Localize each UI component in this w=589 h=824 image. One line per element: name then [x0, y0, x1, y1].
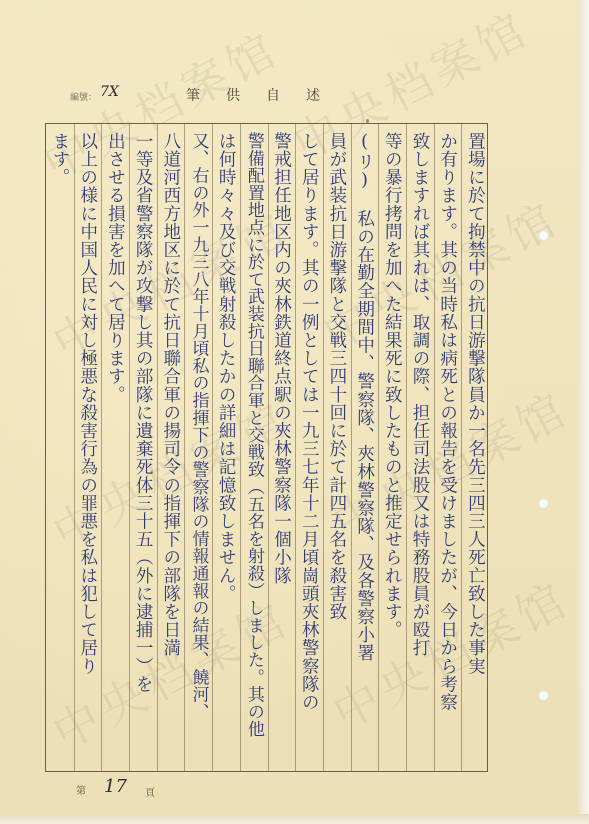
- page-number: 17: [104, 776, 127, 797]
- handwritten-column: (リ) 私の在勤全期間中、警察隊、夾林警察隊、及各警察小署: [352, 132, 378, 662]
- handwritten-column: 一等及省警察隊が攻撃し其の部隊に遺棄死体三十五（外に逮捕一）を: [130, 132, 156, 693]
- handwritten-column: 以上の様に中国人民に対し極悪な殺害行為の罪悪を私は犯して居り: [75, 132, 101, 675]
- handwritten-column: 置場に於て拘禁中の抗日游撃隊員か一名先三四三人死亡致した事実: [462, 132, 488, 675]
- document-title: 筆供自述: [186, 85, 346, 105]
- page-prefix: 第: [76, 782, 86, 797]
- handwritten-column: して居ります。其の一例としては一九三七年十二月頃崗頭夾林警察隊の: [296, 132, 322, 711]
- handwritten-column: 八道河西方地区に於て抗日聯合軍の揚司令の指揮下の部隊を日満: [158, 132, 184, 657]
- handwritten-column: か有ります。其の当時私は病死との報告を受けましたが、今日から考察: [435, 132, 461, 711]
- paper-edge-right: [577, 0, 589, 824]
- paper-edge-bottom: [0, 814, 589, 824]
- punch-hole-bottom: [538, 690, 549, 701]
- document-page: 中央档案馆 中央档案馆 中央档案馆 中央档案馆 中央档案馆 中央档案馆 中央档案…: [0, 0, 589, 824]
- handwritten-column: 警戒担任地区内の夾林鉄道終点駅の夾林警察隊一個小隊: [269, 132, 295, 585]
- punch-hole-middle: [538, 498, 549, 509]
- handwritten-column: 員が武装抗日游撃隊と交戦三四十回に於て計四五名を殺害致: [324, 132, 350, 621]
- handwritten-column: ます。: [47, 132, 73, 186]
- ruled-writing-frame: 置場に於て拘禁中の抗日游撃隊員か一名先三四三人死亡致した事実か有ります。其の当時…: [45, 123, 488, 772]
- handwritten-column: 又、右の外一九三八年十月頃私の指揮下の警察隊の情報通報の結果、饒河、: [185, 132, 211, 720]
- document-footer: 第 17 頁: [0, 776, 589, 806]
- handwritten-column: 警備配置地点に於て武装抗日聯合軍と交戦致（五名を射殺）しました。其の他: [241, 132, 267, 738]
- serial-value: 7X: [100, 84, 119, 100]
- serial-label: 編號：: [70, 90, 97, 103]
- handwritten-column: 等の暴行拷問を加へた結果死に致したものと推定せられます。: [379, 132, 405, 639]
- handwritten-column: 出させる損害を加へて居ります。: [102, 132, 128, 404]
- document-header: 編號： 7X 筆供自述: [0, 82, 589, 106]
- page-suffix: 頁: [145, 784, 155, 799]
- handwritten-column: 致しますれば其れは、取調の際、担任司法股又は特務股員が殴打: [407, 132, 433, 657]
- handwritten-column: は何時々々及び交戦射殺したかの詳細は記憶致しません。: [213, 132, 239, 603]
- punch-hole-top: [538, 230, 549, 241]
